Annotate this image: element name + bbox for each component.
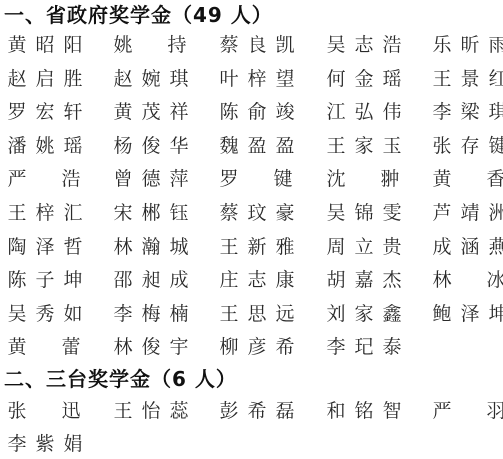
student-name: 陈子坤 (6, 265, 84, 295)
student-name: 魏盈盈 (218, 131, 296, 161)
name-row: 黄蕾林俊宇柳彦希李玘泰 (0, 332, 503, 362)
student-name: 胡嘉杰 (325, 265, 403, 295)
name-row: 张迅王怡蕊彭希磊和铭智严羽 (0, 396, 503, 426)
student-name: 乐昕雨 (431, 30, 503, 60)
student-name: 江弘伟 (325, 97, 403, 127)
student-name: 沈翀 (325, 164, 401, 194)
student-name: 陈俞竣 (218, 97, 296, 127)
section-heading-santai: 二、三台奖学金（6 人） (4, 366, 237, 392)
student-name: 吴秀如 (6, 299, 84, 329)
student-name: 潘姚瑶 (6, 131, 84, 161)
student-name: 柳彦希 (218, 332, 296, 362)
student-name: 叶梓望 (218, 64, 296, 94)
student-name: 黄昭阳 (6, 30, 84, 60)
student-name: 吴志浩 (325, 30, 403, 60)
student-name: 何金瑶 (325, 64, 403, 94)
student-name: 黄茂祥 (112, 97, 190, 127)
student-name: 庄志康 (218, 265, 296, 295)
student-name: 林冰 (431, 265, 503, 295)
student-name: 王景红 (431, 64, 503, 94)
student-name: 王怡蕊 (112, 396, 190, 426)
name-row: 陶泽哲林瀚城王新雅周立贵成涵燕 (0, 232, 503, 262)
name-row: 吴秀如李梅楠王思远刘家鑫鲍泽坤 (0, 299, 503, 329)
student-name: 罗宏轩 (6, 97, 84, 127)
name-row: 严浩曾德萍罗键沈翀黄香 (0, 164, 503, 194)
student-name: 陶泽哲 (6, 232, 84, 262)
student-name: 王新雅 (218, 232, 296, 262)
name-row: 王梓汇宋郴钰蔡玟豪吴锦雯芦靖洲 (0, 198, 503, 228)
student-name: 和铭智 (325, 396, 403, 426)
student-name: 邵昶成 (112, 265, 190, 295)
student-name: 黄蕾 (6, 332, 82, 362)
student-name: 杨俊华 (112, 131, 190, 161)
student-name: 宋郴钰 (112, 198, 190, 228)
section-heading-provincial: 一、省政府奖学金（49 人） (4, 2, 273, 28)
student-name: 赵启胜 (6, 64, 84, 94)
student-name: 彭希磊 (218, 396, 296, 426)
student-name: 刘家鑫 (325, 299, 403, 329)
student-name: 张存键 (431, 131, 503, 161)
student-name: 蔡良凯 (218, 30, 296, 60)
student-name: 芦靖洲 (431, 198, 503, 228)
student-name: 王家玉 (325, 131, 403, 161)
name-row: 陈子坤邵昶成庄志康胡嘉杰林冰 (0, 265, 503, 295)
name-row: 黄昭阳姚持蔡良凯吴志浩乐昕雨 (0, 30, 503, 60)
student-name: 曾德萍 (112, 164, 190, 194)
student-name: 张迅 (6, 396, 82, 426)
student-name: 罗键 (218, 164, 294, 194)
student-name: 李玘泰 (325, 332, 403, 362)
student-name: 鲍泽坤 (431, 299, 503, 329)
student-name: 严羽 (431, 396, 503, 426)
name-row: 罗宏轩黄茂祥陈俞竣江弘伟李梁琪 (0, 97, 503, 127)
scholarship-list-document: 一、省政府奖学金（49 人） 黄昭阳姚持蔡良凯吴志浩乐昕雨赵启胜赵婉琪叶梓望何金… (0, 0, 503, 459)
student-name: 李梅楠 (112, 299, 190, 329)
name-row: 潘姚瑶杨俊华魏盈盈王家玉张存键 (0, 131, 503, 161)
student-name: 林俊宇 (112, 332, 190, 362)
student-name: 李梁琪 (431, 97, 503, 127)
student-name: 赵婉琪 (112, 64, 190, 94)
name-row: 赵启胜赵婉琪叶梓望何金瑶王景红 (0, 64, 503, 94)
student-name: 李紫娟 (6, 429, 84, 459)
name-row: 李紫娟 (0, 429, 503, 459)
student-name: 严浩 (6, 164, 82, 194)
student-name: 姚持 (112, 30, 188, 60)
student-name: 王思远 (218, 299, 296, 329)
student-name: 黄香 (431, 164, 503, 194)
student-name: 周立贵 (325, 232, 403, 262)
student-name: 成涵燕 (431, 232, 503, 262)
student-name: 吴锦雯 (325, 198, 403, 228)
student-name: 林瀚城 (112, 232, 190, 262)
student-name: 王梓汇 (6, 198, 84, 228)
student-name: 蔡玟豪 (218, 198, 296, 228)
